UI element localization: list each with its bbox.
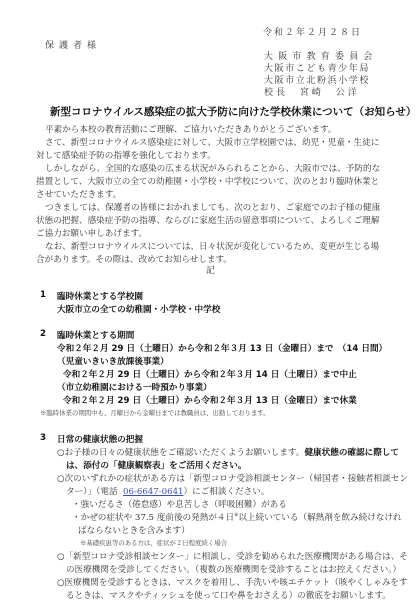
intro-paragraph-4: つきましては、保護者の皆様におかれましても、次のとおり、ご家庭でのお子様の健康状… bbox=[36, 202, 381, 242]
mask-etiquette-line2: るときは、マスクやティッシュを使って口や鼻をおさえる）の徹底をお願いします。 bbox=[66, 589, 391, 601]
clinic-referral-line1: ○「新型コロナ受診相談センター」に相談し、受診を勧められた医療機関がある場合は、… bbox=[57, 550, 408, 562]
section3-heading: 日常の健康状態の把握 bbox=[57, 433, 143, 445]
section2-sub2-label: （市立幼稚園における一時預かり事業） bbox=[57, 381, 212, 393]
ki-heading: 記 bbox=[206, 263, 215, 276]
document-title: 新型コロナウイルス感染症の拡大予防に向けた学校休業について（お知らせ） bbox=[50, 104, 416, 119]
symptom-footnote: ※基礎疾患等のある方は、症状が２日程度続く場合 bbox=[80, 538, 227, 547]
symptom-fever-text: ・かぜの症状や 37.5 度前後の発熱が４日 bbox=[72, 513, 234, 523]
section1-content: 大阪市立の全ての幼稚園・小学校・中学校 bbox=[57, 303, 220, 315]
health-observation-sheet-note: は、添付の「健康観察表」をご活用ください。 bbox=[66, 459, 246, 471]
intro-paragraph-3: しかしながら、全国的な感染の広まる状況がみられることから、大阪市では、予防的な措… bbox=[36, 163, 381, 203]
consultation-center-line2: ター）」（電話 06-6647-0641）にご相談ください。 bbox=[66, 485, 269, 497]
symptom-fever-line2: ばならないときを含みます） bbox=[78, 524, 190, 536]
section2-sub1-period: 令和２年２月 29 日（土曜日）から令和２年３月 14 日（土曜日）まで中止 bbox=[63, 368, 357, 380]
section2-heading: 臨時休業とする期間 bbox=[57, 329, 134, 341]
intro-paragraph-2: さて、新型コロナウイルス感染症に対して、大阪市立学校園では、幼児・児童・生徒に対… bbox=[36, 137, 381, 163]
issue-date: 令和２年２月２８日 bbox=[263, 25, 362, 38]
consultation-center-line1: ○次のいずれかの症状がある方は「新型コロナ受診相談センター（帰国者・接触者相談セ… bbox=[57, 472, 408, 484]
section3-number: 3 bbox=[40, 433, 46, 443]
section1-number: 1 bbox=[40, 290, 46, 300]
health-check-emphasis: 健康状態の確認に際して bbox=[304, 448, 399, 458]
intro-paragraph-1: 平素から本校の教育活動にご理解、ご協力いただきありがとうございます。 bbox=[36, 124, 381, 137]
clinic-referral-line2: の医療機関を受診してください。（複数の医療機関を受診することはお控えください。） bbox=[66, 563, 401, 575]
symptom-fatigue: ・強いだるさ（倦怠感）や息苦しさ（呼吸困難）がある bbox=[72, 498, 287, 510]
addressee: 保護者様 bbox=[45, 38, 101, 51]
consultation-phone-label: ター）」（電話 bbox=[66, 487, 118, 497]
symptom-fever: ・かぜの症状や 37.5 度前後の発熱が４日※以上続いている（解熱剤を飲み続けな… bbox=[72, 511, 402, 523]
consultation-phone-link[interactable]: 06-6647-0641 bbox=[123, 487, 183, 497]
section2-sub1-label: （児童いきいき放課後事業） bbox=[57, 355, 169, 367]
symptom-fever-text-cont: 以上続いている（解熱剤を飲み続けなけれ bbox=[238, 513, 401, 523]
health-check-item: ○お子様の日々の健康状態をご確認いただくようお願いします。健康状態の確認に際して bbox=[57, 446, 399, 458]
section1-heading: 臨時休業とする学校園 bbox=[57, 290, 143, 302]
health-check-text: ○お子様の日々の健康状態をご確認いただくようお願いします。 bbox=[57, 448, 304, 458]
section2-note: ※臨時休業の期間中も、月曜日から金曜日までは教職員は、出勤しております。 bbox=[40, 408, 270, 417]
section2-main-period: 令和２年２月 29 日（土曜日）から令和２年３月 13 日（金曜日）まで （14… bbox=[57, 342, 387, 354]
sender-line-principal: 校長 宮崎 公洋 bbox=[264, 85, 360, 98]
section2-sub2-period: 令和２年２月 29 日（土曜日）から令和２年３月 13 日（金曜日）まで休業 bbox=[63, 394, 357, 406]
mask-etiquette-line1: ○医療機関を受診するときは、マスクを着用し、手洗いや咳エチケット（咳やくしゃみを… bbox=[57, 576, 407, 588]
consultation-phone-suffix: ）にご相談ください。 bbox=[184, 487, 270, 497]
section2-number: 2 bbox=[40, 329, 46, 339]
